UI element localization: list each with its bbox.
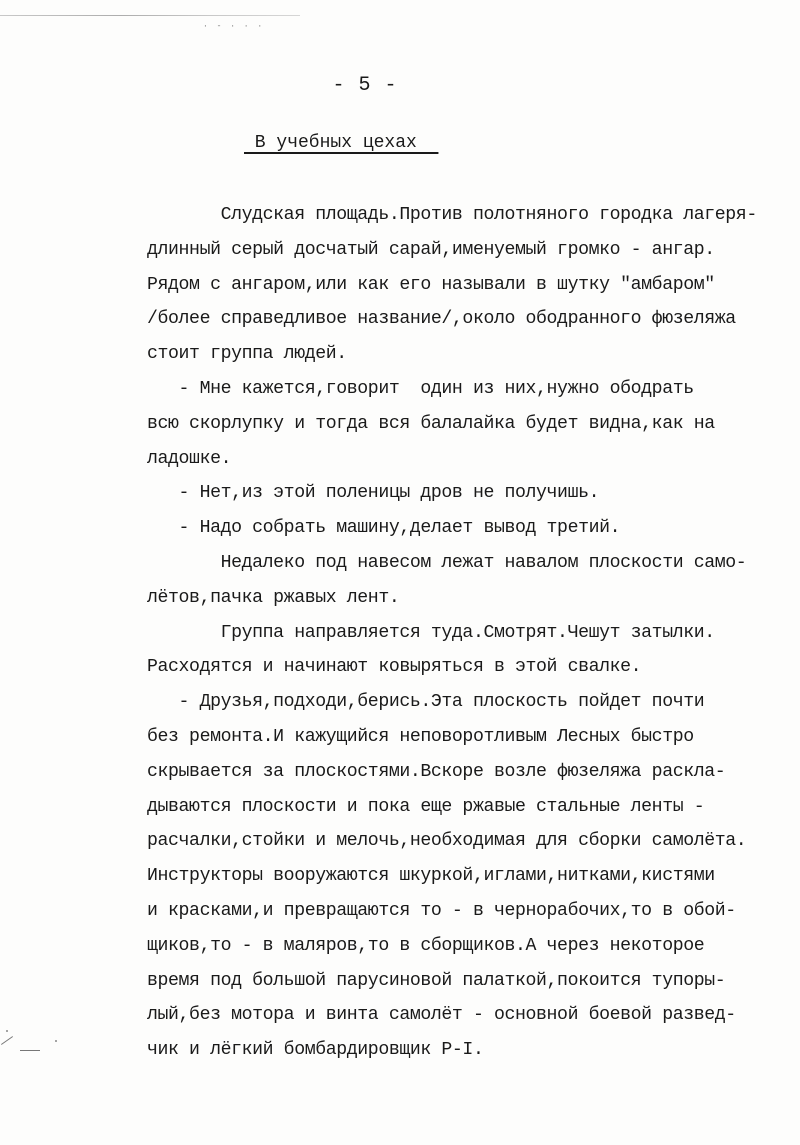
text-line: Инструкторы вооружаются шкуркой,иглами,н…	[147, 859, 797, 894]
text-line: - Надо собрать машину,делает вывод трети…	[147, 511, 797, 546]
page-number: - 5 -	[0, 74, 730, 97]
text-line: Недалеко под навесом лежат навалом плоск…	[147, 546, 797, 581]
text-line: Расходятся и начинают ковыряться в этой …	[147, 650, 797, 685]
text-line: лый,без мотора и винта самолёт - основно…	[147, 998, 797, 1033]
text-line: время под большой парусиновой палаткой,п…	[147, 964, 797, 999]
text-line: Группа направляется туда.Смотрят.Чешут з…	[147, 616, 797, 651]
text-line: без ремонта.И кажущийся неповоротливым Л…	[147, 720, 797, 755]
text-line: ладошке.	[147, 442, 797, 477]
margin-pencil-mark	[20, 1050, 40, 1051]
text-line: - Мне кажется,говорит один из них,нужно …	[147, 372, 797, 407]
scan-edge-line	[0, 15, 300, 16]
text-line: всю скорлупку и тогда вся балалайка буде…	[147, 407, 797, 442]
text-line: щиков,то - в маляров,то в сборщиков.А че…	[147, 929, 797, 964]
text-line: длинный серый досчатый сарай,именуемый г…	[147, 233, 797, 268]
text-line: Рядом с ангаром,или как его называли в ш…	[147, 268, 797, 303]
typewritten-body: Слудская площадь.Против полотняного горо…	[147, 198, 797, 1068]
text-line: расчалки,стойки и мелочь,необходимая для…	[147, 824, 797, 859]
text-line: - Нет,из этой поленицы дров не получишь.	[147, 476, 797, 511]
scan-specks: · - · · ·	[203, 22, 264, 31]
text-line: чик и лёгкий бомбардировщик Р-I.	[147, 1033, 797, 1068]
text-line: - Друзья,подходи,берись.Эта плоскость по…	[147, 685, 797, 720]
section-heading: В учебных цехах	[244, 133, 438, 153]
text-line: стоит группа людей.	[147, 337, 797, 372]
text-line: скрывается за плоскостями.Вскоре возле ф…	[147, 755, 797, 790]
scan-speck	[6, 1030, 8, 1032]
scan-speck	[55, 1040, 57, 1042]
text-line: Слудская площадь.Против полотняного горо…	[147, 198, 797, 233]
text-line: /более справедливое название/,около обод…	[147, 302, 797, 337]
text-line: и красками,и превращаются то - в чернора…	[147, 894, 797, 929]
margin-pencil-mark	[1, 1036, 13, 1045]
text-line: лётов,пачка ржавых лент.	[147, 581, 797, 616]
text-line: дываются плоскости и пока еще ржавые ста…	[147, 790, 797, 825]
